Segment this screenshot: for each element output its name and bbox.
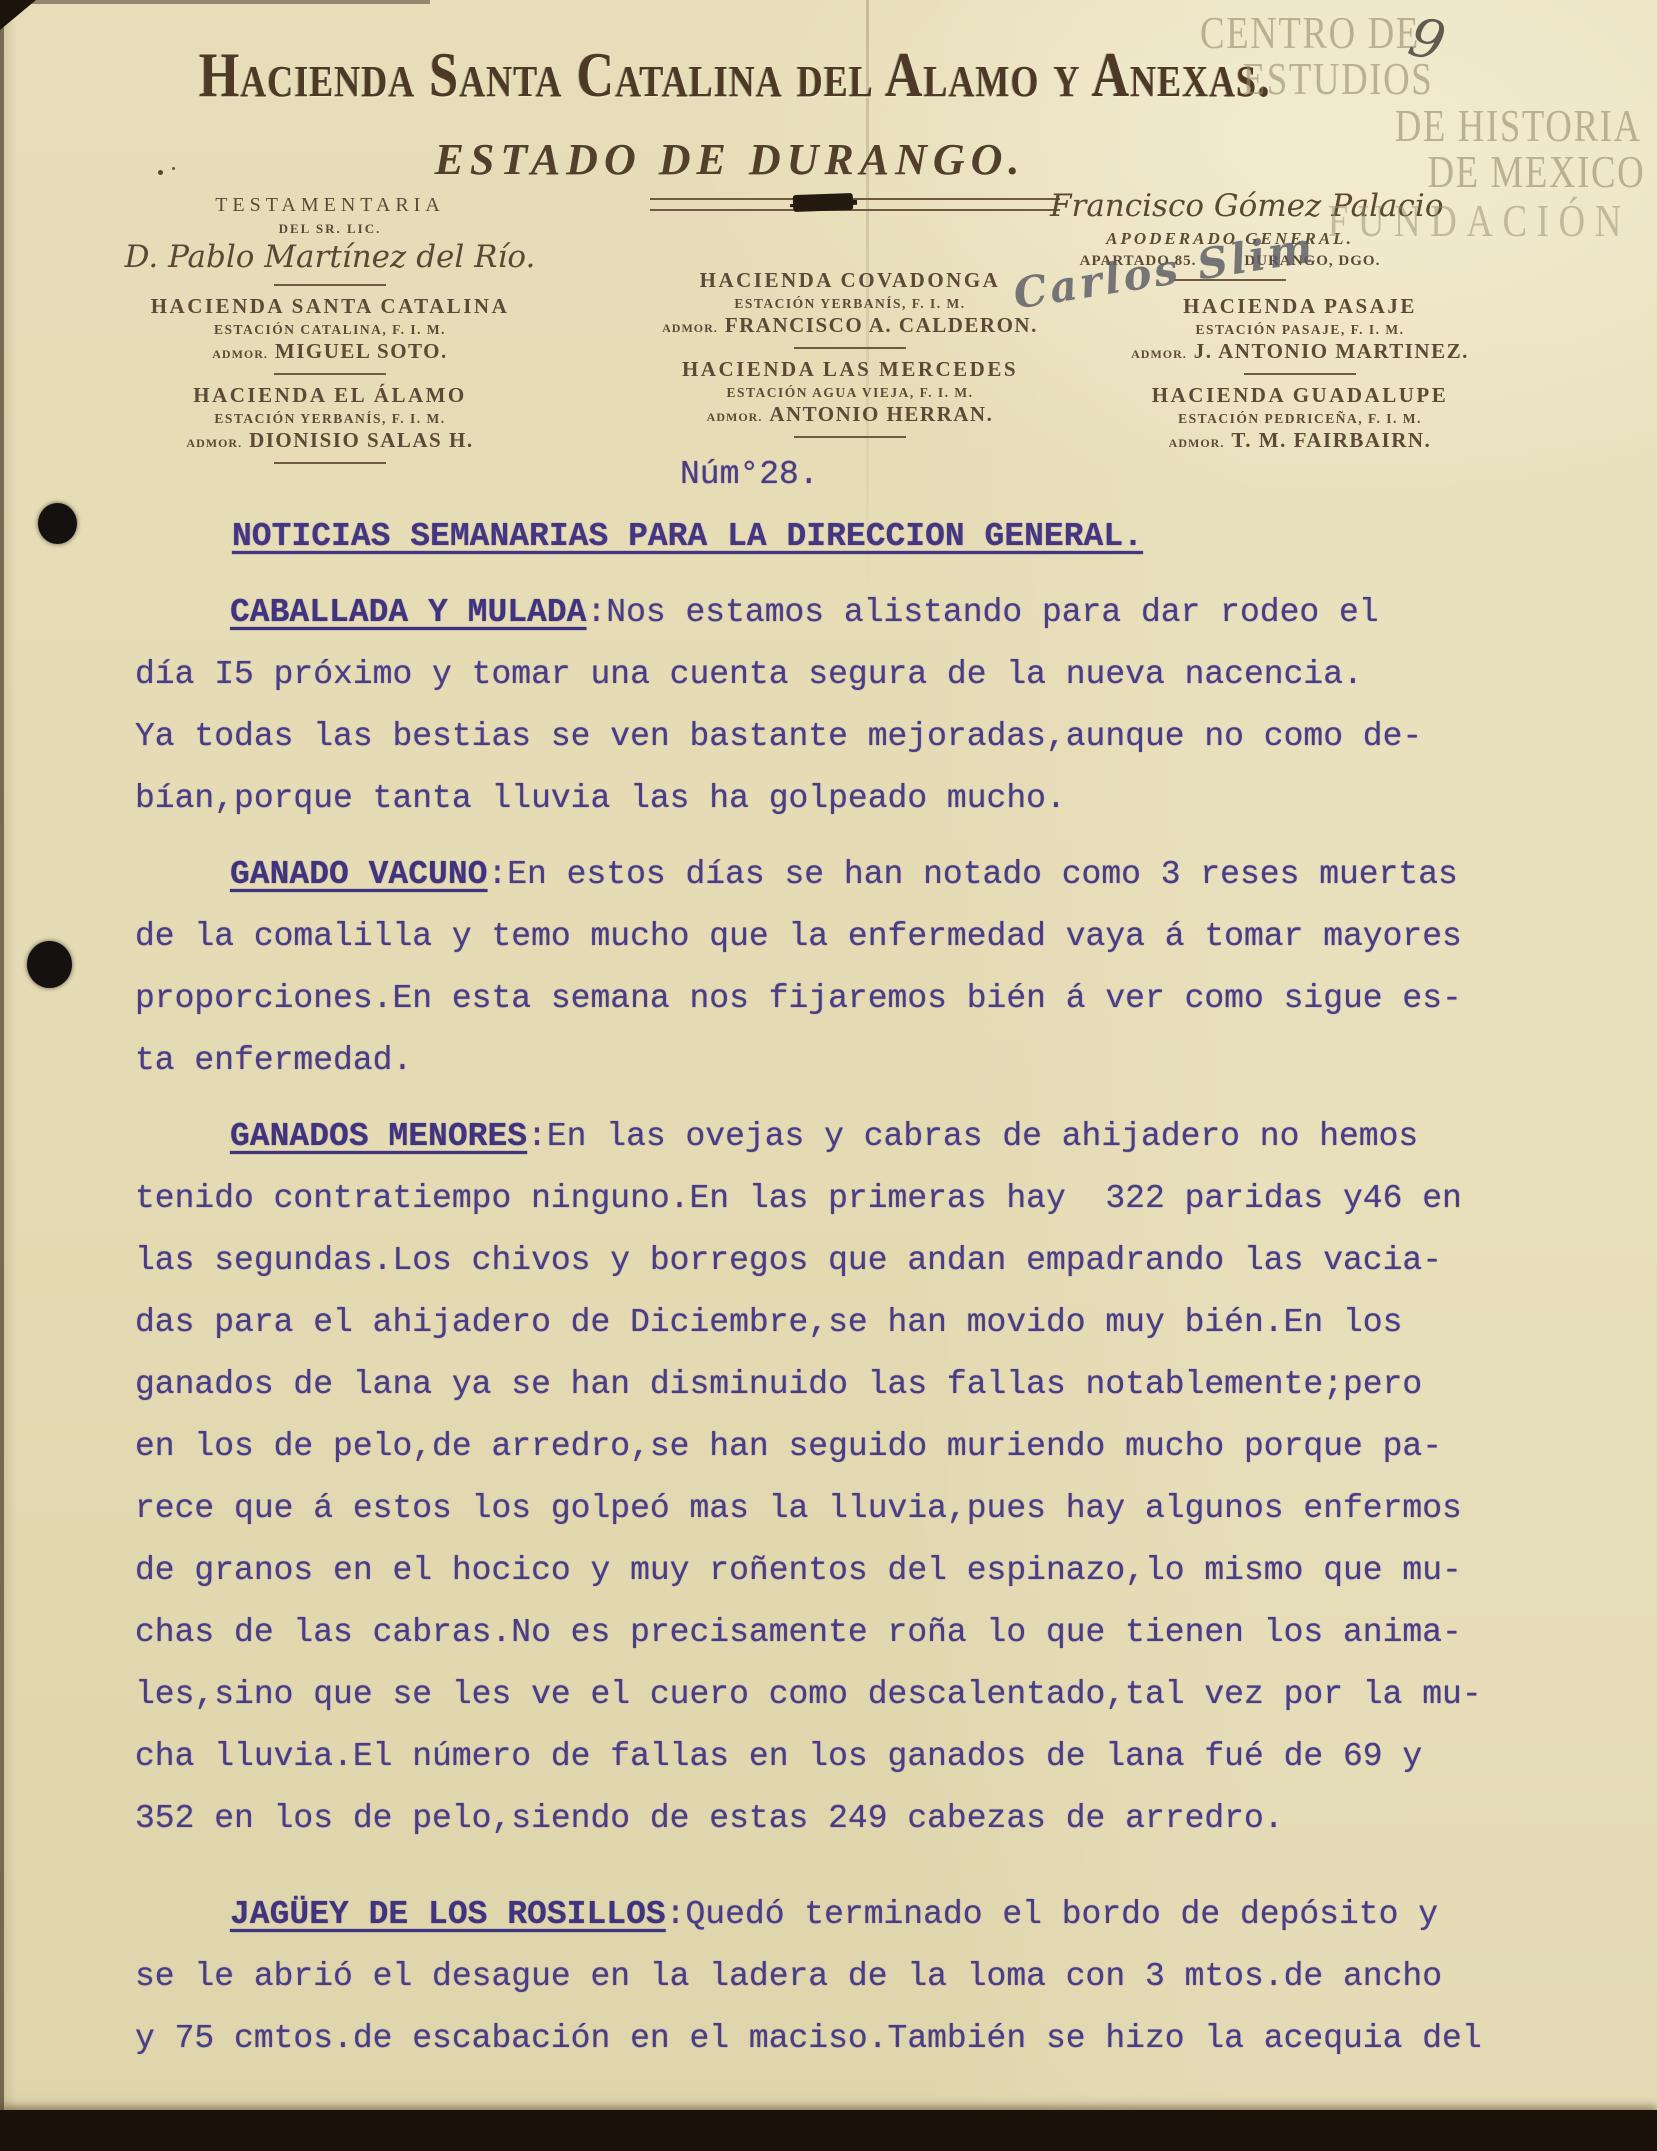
letter-line: en los de pelo,de arredro,se han seguido…: [135, 1416, 1595, 1478]
letterhead-line: ESTACIÓN AGUA VIEJA, F. I. M.: [640, 385, 1060, 401]
letter-paragraphs: CABALLADA Y MULADA:Nos estamos alistando…: [135, 582, 1595, 2070]
letter-paragraph: CABALLADA Y MULADA:Nos estamos alistando…: [135, 582, 1595, 830]
letter-line: se le abrió el desague en la ladera de l…: [135, 1946, 1595, 2008]
administrator-line: ADMOR.ANTONIO HERRAN.: [640, 402, 1060, 427]
letter-line: y 75 cmtos.de escabación en el maciso.Ta…: [135, 2008, 1595, 2070]
letterhead-line: ESTACIÓN YERBANÍS, F. I. M.: [115, 411, 545, 427]
letterhead-right-column: HACIENDA PASAJEESTACIÓN PASAJE, F. I. M.…: [1085, 294, 1515, 453]
admor-label: ADMOR.: [1131, 347, 1187, 361]
script-name: D. Pablo Martínez del Río.: [115, 239, 545, 275]
letterhead-line: HACIENDA PASAJE: [1085, 294, 1515, 319]
letterhead-divider: [274, 284, 386, 286]
letterhead-line: ESTACIÓN YERBANÍS, F. I. M.: [640, 296, 1060, 312]
letterhead-title: Hacienda Santa Catalina del Alamo y Anex…: [140, 40, 1330, 112]
letter-paragraph: GANADOS MENORES:En las ovejas y cabras d…: [135, 1106, 1595, 1850]
letterhead-line: TESTAMENTARIA: [115, 194, 545, 217]
letter-line: ta enfermedad.: [135, 1030, 1595, 1092]
letterhead-line: HACIENDA GUADALUPE: [1085, 383, 1515, 408]
letterhead-left-column: TESTAMENTARIADEL SR. LIC.D. Pablo Martín…: [115, 194, 545, 472]
letter-line: GANADOS MENORES:En las ovejas y cabras d…: [135, 1106, 1595, 1168]
letter-line: cha lluvia.El número de fallas en los ga…: [135, 1726, 1595, 1788]
letter-paragraph: JAGÜEY DE LOS ROSILLOS:Quedó terminado e…: [135, 1884, 1595, 2070]
scan-top-edge: [0, 0, 430, 4]
letter-line: las segundas.Los chivos y borregos que a…: [135, 1230, 1595, 1292]
section-header-rest: :En las ovejas y cabras de ahijadero no …: [527, 1118, 1418, 1155]
section-header: GANADO VACUNO: [230, 856, 487, 893]
scanned-letter-page: CENTRO DEESTUDIOSDE HISTORIADE MEXICOFUN…: [0, 0, 1657, 2151]
punch-hole-bottom: [27, 941, 72, 988]
letterhead-divider: [794, 436, 906, 438]
administrator-line: ADMOR.FRANCISCO A. CALDERON.: [640, 313, 1060, 338]
letterhead-line: HACIENDA SANTA CATALINA: [115, 294, 545, 319]
letter-line: tenido contratiempo ninguno.En las prime…: [135, 1168, 1595, 1230]
admor-name: FRANCISCO A. CALDERON.: [725, 313, 1038, 337]
ink-speck: [158, 170, 163, 175]
admor-label: ADMOR.: [212, 347, 268, 361]
letter-line: CABALLADA Y MULADA:Nos estamos alistando…: [135, 582, 1595, 644]
letterhead-subtitle: ESTADO DE DURANGO.: [330, 134, 1130, 185]
section-header-rest: :En estos días se han notado como 3 rese…: [487, 856, 1457, 893]
letter-line: les,sino que se les ve el cuero como des…: [135, 1664, 1595, 1726]
section-header-rest: :Quedó terminado el bordo de depósito y: [666, 1896, 1438, 1933]
subtitle-ink-ornament: [793, 193, 854, 212]
admor-name: MIGUEL SOTO.: [275, 339, 448, 363]
letterhead-divider: [794, 347, 906, 349]
letter-line: 352 en los de pelo,siendo de estas 249 c…: [135, 1788, 1595, 1850]
letterhead-line: ESTACIÓN CATALINA, F. I. M.: [115, 322, 545, 338]
letterhead-divider: [1244, 373, 1356, 375]
section-header: CABALLADA Y MULADA: [230, 594, 586, 631]
letterhead-line: ESTACIÓN PEDRICEÑA, F. I. M.: [1085, 411, 1515, 427]
letter-line: das para el ahijadero de Diciembre,se ha…: [135, 1292, 1595, 1354]
letter-line: proporciones.En esta semana nos fijaremo…: [135, 968, 1595, 1030]
letterhead-line: ESTACIÓN PASAJE, F. I. M.: [1085, 322, 1515, 338]
letterhead-line: DEL SR. LIC.: [115, 221, 545, 237]
letterhead-divider: [274, 373, 386, 375]
letter-line: día I5 próximo y tomar una cuenta segura…: [135, 644, 1595, 706]
section-header: JAGÜEY DE LOS ROSILLOS: [230, 1896, 666, 1933]
letter-line: Ya todas las bestias se ven bastante mej…: [135, 706, 1595, 768]
admor-label: ADMOR.: [707, 410, 763, 424]
administrator-line: ADMOR.J. ANTONIO MARTINEZ.: [1085, 339, 1515, 364]
letterhead-line: HACIENDA EL ÁLAMO: [115, 383, 545, 408]
letterhead-middle-column: HACIENDA COVADONGAESTACIÓN YERBANÍS, F. …: [640, 268, 1060, 446]
scan-corner-shadow: [0, 0, 36, 30]
section-header: GANADOS MENORES: [230, 1118, 527, 1155]
section-header-rest: :Nos estamos alistando para dar rodeo el: [586, 594, 1378, 631]
letter-line: de la comalilla y temo mucho que la enfe…: [135, 906, 1595, 968]
letter-line: GANADO VACUNO:En estos días se han notad…: [135, 844, 1595, 906]
watermark-line: DE MEXICO: [1427, 145, 1645, 198]
letter-paragraph: GANADO VACUNO:En estos días se han notad…: [135, 844, 1595, 1092]
admor-name: ANTONIO HERRAN.: [769, 402, 993, 426]
letter-line: JAGÜEY DE LOS ROSILLOS:Quedó terminado e…: [135, 1884, 1595, 1946]
letter-line: chas de las cabras.No es precisamente ro…: [135, 1602, 1595, 1664]
letterhead-line: HACIENDA COVADONGA: [640, 268, 1060, 293]
administrator-line: ADMOR.MIGUEL SOTO.: [115, 339, 545, 364]
letter-line: de granos en el hocico y muy roñentos de…: [135, 1540, 1595, 1602]
typed-letter-body: Núm°28. NOTICIAS SEMANARIAS PARA LA DIRE…: [135, 444, 1595, 2070]
scan-bottom-band: [0, 2110, 1657, 2151]
letter-line: ganados de lana ya se han disminuido las…: [135, 1354, 1595, 1416]
letterhead-line: HACIENDA LAS MERCEDES: [640, 357, 1060, 382]
letter-number: Núm°28.: [135, 444, 1595, 506]
letter-heading-text: NOTICIAS SEMANARIAS PARA LA DIRECCION GE…: [232, 518, 1143, 555]
punch-hole-top: [38, 503, 77, 544]
admor-name: J. ANTONIO MARTINEZ.: [1194, 339, 1469, 363]
letter-line: rece que á estos los golpeó mas la lluvi…: [135, 1478, 1595, 1540]
letter-line: bían,porque tanta lluvia las ha golpeado…: [135, 768, 1595, 830]
scan-left-edge: [0, 0, 4, 2151]
subtitle-double-rule: [650, 198, 1060, 211]
letter-heading: NOTICIAS SEMANARIAS PARA LA DIRECCION GE…: [135, 506, 1595, 568]
watermark-line: FUNDACIÓN: [1328, 194, 1631, 247]
admor-label: ADMOR.: [662, 321, 718, 335]
